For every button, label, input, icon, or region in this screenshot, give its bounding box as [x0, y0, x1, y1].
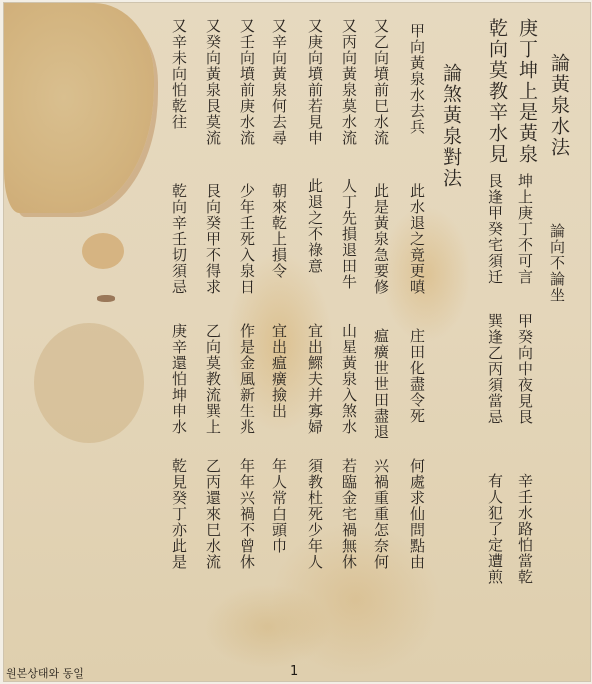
text-column-segment: 有人犯了定遭煎	[487, 473, 502, 585]
text-column-segment: 庄田化盡令死	[409, 328, 424, 424]
text-column-segment: 少年壬死入泉日	[239, 183, 254, 295]
ink-speck	[97, 295, 115, 302]
water-stain-lower-left	[34, 323, 144, 443]
text-column-segment: 若臨金宅禍無休	[341, 458, 356, 570]
text-column-segment: 乙向莫教流巽上	[205, 323, 220, 435]
text-column-segment: 論煞黃泉對法	[441, 63, 460, 189]
text-column-segment: 乾向辛壬切須忌	[171, 183, 186, 295]
text-column-segment: 庚丁坤上是黃泉	[517, 18, 536, 165]
text-column-segment: 又丙向黃泉莫水流	[341, 18, 356, 146]
text-column-segment: 年人常白頭巾	[271, 458, 286, 554]
text-column-segment: 此是黃泉急要修	[373, 183, 388, 295]
text-column-segment: 又乙向墳前巳水流	[373, 18, 388, 146]
text-column-segment: 乾見癸丁亦此是	[171, 458, 186, 570]
text-column-segment: 論黃泉水法	[549, 53, 568, 158]
text-column-segment: 辛壬水路怕當乾	[517, 473, 532, 585]
text-column-segment: 又庚向墳前若見申	[307, 18, 322, 146]
text-column-segment: 艮向癸甲不得求	[205, 183, 220, 295]
text-column-segment: 宜出鰥夫并寡婦	[307, 323, 322, 435]
text-column-segment: 瘟癀世世田盡退	[373, 328, 388, 440]
text-column-segment: 乾向莫教辛水見	[487, 18, 506, 165]
text-column-segment: 宜出瘟癀撿出	[271, 323, 286, 419]
text-column-segment: 朝來乾上損令	[271, 183, 286, 279]
manuscript-page: 論黃泉水法論向不論坐庚丁坤上是黃泉坤上庚丁不可言甲癸向中夜見艮辛壬水路怕當乾乾向…	[3, 2, 591, 682]
text-column-segment: 又辛未向怕乾往	[171, 18, 186, 130]
text-column-segment: 乙丙還來巳水流	[205, 458, 220, 570]
text-column-segment: 艮逢甲癸宅須迁	[487, 173, 502, 285]
text-column-segment: 甲向黃泉水去兵	[409, 23, 424, 135]
text-column-segment: 年年兴禍不曾休	[239, 458, 254, 570]
water-stain-dot	[82, 233, 124, 269]
page-number: 1	[290, 664, 298, 679]
text-column-segment: 須教杜死少年人	[307, 458, 322, 570]
text-column-segment: 庚辛還怕坤申水	[171, 323, 186, 435]
text-column-segment: 作是金風新生兆	[239, 323, 254, 435]
text-column-segment: 此水退之竟更嗔	[409, 183, 424, 295]
text-column-segment: 巽逢乙丙須當忌	[487, 313, 502, 425]
caption-original-state: 원본상태와 동일	[6, 665, 84, 681]
text-column-segment: 兴禍重重怎奈何	[373, 458, 388, 570]
text-column-segment: 又癸向黃泉艮莫流	[205, 18, 220, 146]
text-column-segment: 又壬向墳前庚水流	[239, 18, 254, 146]
text-column-segment: 山星黃泉入煞水	[341, 323, 356, 435]
text-column-segment: 論向不論坐	[549, 223, 564, 303]
text-column-segment: 坤上庚丁不可言	[517, 173, 532, 285]
text-column-segment: 何處求仙問點由	[409, 458, 424, 570]
water-stain-top-left	[4, 3, 154, 213]
text-column-segment: 此退之不祿意	[307, 178, 322, 274]
text-column-segment: 又辛向黃泉何去尋	[271, 18, 286, 146]
text-column-segment: 甲癸向中夜見艮	[517, 313, 532, 425]
text-column-segment: 人丁先損退田牛	[341, 178, 356, 290]
